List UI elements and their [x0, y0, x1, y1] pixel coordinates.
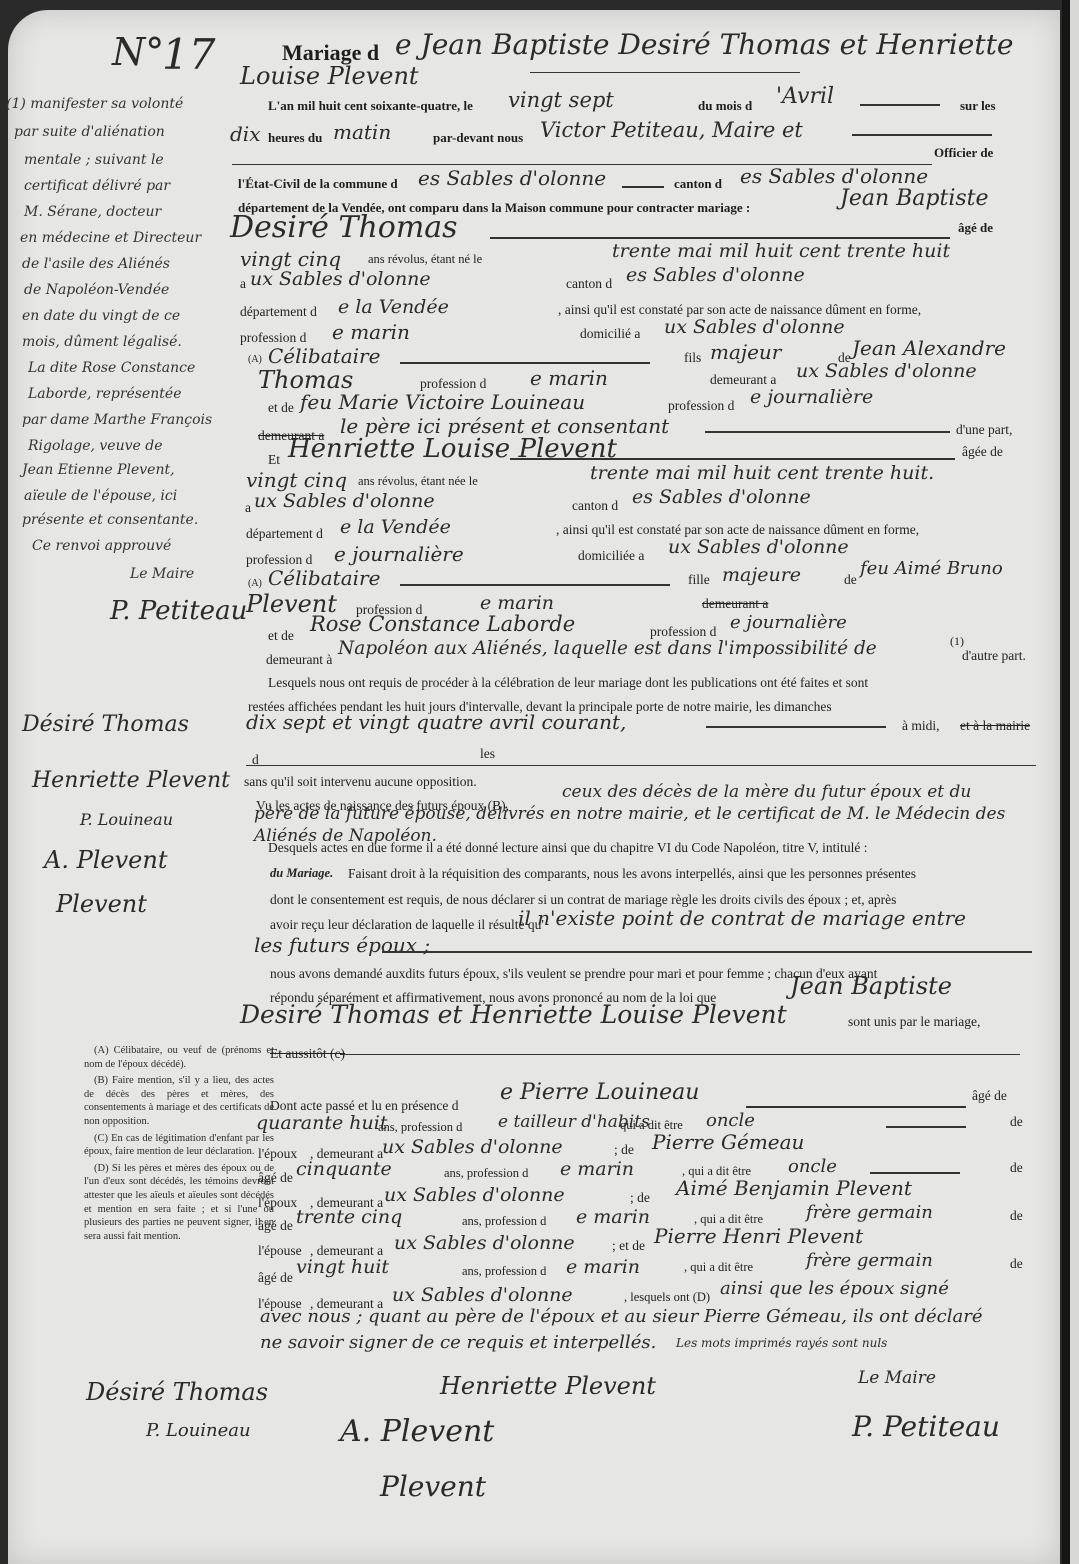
- printed-text: domicilié a: [580, 326, 640, 342]
- strike-line: [246, 765, 1036, 766]
- margin-note-line: M. Sérane, docteur: [24, 204, 161, 220]
- union-groom-first-names: Jean Baptiste: [790, 972, 952, 1000]
- margin-note-line: (1) manifester sa volonté: [6, 96, 183, 112]
- printed-text: et de: [268, 628, 294, 644]
- printed-text: de: [844, 572, 857, 588]
- printed-text: Lesquels nous ont requis de procéder à l…: [268, 675, 868, 691]
- title-names-line2: Louise Plevent: [240, 62, 419, 90]
- printed-text: canton d: [674, 176, 722, 192]
- blank-line: [400, 584, 670, 586]
- blank-line: [870, 1172, 960, 1174]
- printed-text: ; de: [630, 1190, 650, 1206]
- printed-text: Faisant droit à la réquisition des compa…: [348, 866, 916, 882]
- groom-mother-name: feu Marie Victoire Louineau: [300, 390, 585, 414]
- commune: es Sables d'olonne: [418, 166, 606, 190]
- signature-statement-cont: avec nous ; quant au père de l'époux et …: [260, 1306, 983, 1327]
- printed-text: ans révolus, étant né le: [368, 252, 482, 267]
- printed-text: âgé de: [958, 220, 993, 236]
- blank-line: [746, 1106, 966, 1108]
- printed-text: de: [1010, 1160, 1023, 1176]
- bride-age: vingt cinq: [246, 468, 347, 492]
- mayor-name: Victor Petiteau, Maire et: [540, 118, 803, 142]
- witness-2-name: Pierre Gémeau: [652, 1130, 804, 1154]
- signature-witness-plevent: Plevent: [56, 890, 147, 918]
- time-of-day: matin: [333, 120, 391, 144]
- record-number-label: N°: [112, 30, 164, 74]
- printed-text: , qui a dit être: [684, 1260, 753, 1275]
- documents-seen-cont: père de la future épouse, délivrés en no…: [254, 804, 1005, 824]
- groom-name: Desiré Thomas: [230, 210, 458, 245]
- printed-text: Officier de: [934, 145, 993, 161]
- bride-birth-department: e la Vendée: [340, 516, 451, 538]
- margin-note-line: certificat délivré par: [24, 178, 170, 194]
- margin-note-line: en date du vingt de ce: [22, 308, 180, 324]
- printed-text: Et: [268, 452, 280, 468]
- record-number: 17: [162, 30, 215, 79]
- printed-text: sur les: [960, 98, 996, 114]
- margin-note-line: en médecine et Directeur: [20, 230, 201, 246]
- witness-3-age: trente cinq: [296, 1206, 402, 1228]
- groom-profession: e marin: [332, 320, 410, 344]
- printed-text: canton d: [566, 276, 612, 292]
- margin-note-line: Laborde, représentée: [28, 386, 181, 402]
- groom-father-residence: ux Sables d'olonne: [796, 360, 977, 382]
- witness-3-profession: e marin: [576, 1206, 650, 1228]
- signature-groom: Désiré Thomas: [86, 1378, 268, 1406]
- bride-mother-residence: Napoléon aux Aliénés, laquelle est dans …: [338, 638, 877, 659]
- margin-note-line: présente et consentante.: [22, 512, 198, 528]
- printed-text: ans, profession d: [378, 1120, 462, 1135]
- printed-text: de: [1010, 1256, 1023, 1272]
- groom-father-first-names: Jean Alexandre: [852, 336, 1006, 360]
- bride-father-first-names: feu Aimé Bruno: [860, 558, 1003, 579]
- signature-witness-a-plevent: A. Plevent: [340, 1414, 494, 1449]
- groom-birth-canton: es Sables d'olonne: [626, 264, 805, 286]
- witness-3-residence: ux Sables d'olonne: [394, 1232, 575, 1254]
- groom-birth-date: trente mai mil huit cent trente huit: [612, 240, 950, 262]
- printed-text: ans, profession d: [444, 1166, 528, 1181]
- printed-text: département d: [246, 526, 323, 542]
- witness-3-name: Aimé Benjamin Plevent: [676, 1176, 912, 1200]
- signature-witness-louineau: P. Louineau: [80, 810, 173, 829]
- groom-mother-profession: e journalière: [750, 386, 873, 408]
- witness-4-age: vingt huit: [296, 1256, 389, 1278]
- printed-text: , lesquels ont (D): [624, 1290, 710, 1305]
- margin-note-line: de l'asile des Aliénés: [22, 256, 170, 272]
- blank-line: [510, 458, 955, 460]
- footnote-c: (C) En cas de légitimation d'enfant par …: [84, 1132, 274, 1159]
- printed-text: d'autre part.: [962, 648, 1026, 664]
- witness-4-profession: e marin: [566, 1256, 640, 1278]
- margin-note-line: Rigolage, veuve de: [28, 438, 162, 454]
- printed-text: et de: [268, 400, 294, 416]
- hour: dix: [230, 122, 260, 146]
- footnotes: (A) Célibataire, ou veuf de (prénoms et …: [84, 1044, 274, 1246]
- blank-line: [490, 237, 950, 239]
- printed-text: canton d: [572, 498, 618, 514]
- bride-mother-name: Rose Constance Laborde: [310, 612, 575, 636]
- margin-note-line: Jean Etienne Plevent,: [22, 462, 175, 478]
- bride-mother-profession: e journalière: [730, 612, 847, 633]
- groom-birth-department: e la Vendée: [338, 296, 449, 318]
- bride-marital-status: Célibataire: [268, 566, 380, 590]
- struck-words-note: Les mots imprimés rayés sont nuls: [676, 1336, 887, 1350]
- margin-note-line: par suite d'aliénation: [14, 124, 165, 140]
- mayor-label: Le Maire: [858, 1368, 936, 1388]
- blank-line: [852, 134, 992, 136]
- signature-statement: ainsi que les époux signé: [720, 1278, 949, 1299]
- blank-line: [860, 104, 940, 106]
- signature-witness-louineau: P. Louineau: [146, 1420, 251, 1441]
- printed-text: de: [1010, 1208, 1023, 1224]
- printed-text: âgé de: [258, 1270, 293, 1286]
- printed-text: département d: [240, 304, 317, 320]
- printed-text: demeurant à: [266, 652, 332, 668]
- bride-birthplace: ux Sables d'olonne: [254, 490, 435, 512]
- blank-line: [400, 362, 650, 364]
- canton: es Sables d'olonne: [740, 164, 928, 188]
- bride-profession: e journalière: [334, 542, 464, 566]
- witness-3-relation: frère germain: [806, 1202, 933, 1223]
- witness-4-name: Pierre Henri Plevent: [654, 1224, 863, 1248]
- printed-text: à midi,: [902, 718, 940, 734]
- printed-text: fille: [688, 572, 710, 588]
- bride-birth-date: trente mai mil huit cent trente huit.: [590, 462, 934, 484]
- margin-note-line: mois, dûment légalisé.: [22, 334, 182, 350]
- witness-1-relation: oncle: [706, 1110, 755, 1131]
- witness-2-residence: ux Sables d'olonne: [384, 1184, 565, 1206]
- union-names: Desiré Thomas et Henriette Louise Pleven…: [240, 1000, 787, 1029]
- next-page-edge: [1070, 0, 1079, 1564]
- margin-note-line: de Napoléon-Vendée: [24, 282, 169, 298]
- margin-note-line: La dite Rose Constance: [28, 360, 195, 376]
- witness-1-name: e Pierre Louineau: [500, 1080, 699, 1105]
- footnote-d: (D) Si les pères et mères des époux ou d…: [84, 1162, 274, 1244]
- blank-line: [340, 1054, 1020, 1055]
- margin-note-line: aïeule de l'épouse, ici: [24, 488, 177, 504]
- printed-text: âgée de: [962, 444, 1003, 460]
- mayor-signature: P. Petiteau: [852, 1410, 1000, 1443]
- witness-4-relation: frère germain: [806, 1250, 933, 1271]
- printed-text: par-devant nous: [433, 130, 523, 146]
- printed-text: ans, profession d: [462, 1264, 546, 1279]
- margin-mayor-signature: P. Petiteau: [110, 596, 247, 626]
- printed-text: a: [245, 500, 251, 516]
- witness-4-residence: ux Sables d'olonne: [392, 1284, 573, 1306]
- printed-text: d'une part,: [956, 422, 1012, 438]
- printed-text: L'an mil huit cent soixante-quatre, le: [268, 98, 473, 114]
- groom-father-profession: e marin: [530, 366, 608, 390]
- blank-line: [705, 431, 950, 433]
- struck-printed-text: et à la mairie: [960, 718, 1030, 734]
- blank-line: [382, 951, 1032, 953]
- printed-text: âgé de: [972, 1088, 1007, 1104]
- contract-declaration-end: les futurs époux ;: [254, 933, 430, 957]
- groom-majority: majeur: [710, 340, 781, 364]
- binding-edge: [1062, 0, 1070, 1564]
- struck-printed-text: les: [480, 746, 495, 762]
- bride-birth-canton: es Sables d'olonne: [632, 486, 811, 508]
- blank-line: [622, 186, 664, 188]
- date-day: vingt sept: [508, 88, 614, 112]
- publication-dates: dix sept et vingt quatre avril courant,: [246, 710, 626, 734]
- signature-bride: Henriette Plevent: [440, 1372, 656, 1400]
- printed-text: l'État-Civil de la commune d: [238, 176, 398, 192]
- date-month: 'Avril: [776, 84, 834, 109]
- signature-bride: Henriette Plevent: [32, 768, 230, 793]
- witness-1-age: quarante huit: [256, 1112, 387, 1134]
- signature-groom: Désiré Thomas: [22, 712, 189, 737]
- footnote-b: (B) Faire mention, s'il y a lieu, des ac…: [84, 1074, 274, 1128]
- blank-line: [886, 1126, 966, 1128]
- footnote-ref: (A): [248, 354, 262, 365]
- printed-text: sans qu'il soit intervenu aucune opposit…: [244, 774, 477, 790]
- printed-text: de: [1010, 1114, 1023, 1130]
- margin-note-ref: (1): [950, 634, 964, 649]
- printed-text: ; et de: [612, 1238, 645, 1254]
- documents-seen: ceux des décès de la mère du futur époux…: [562, 782, 971, 802]
- struck-printed-text: demeurant a: [542, 596, 768, 612]
- printed-text: ; de: [614, 1142, 634, 1158]
- witness-2-relation: oncle: [788, 1156, 837, 1177]
- witness-2-profession: e marin: [560, 1158, 634, 1180]
- margin-note-line: mentale ; suivant le: [24, 152, 164, 168]
- bride-domicile: ux Sables d'olonne: [668, 536, 849, 558]
- printed-text: sont unis par le mariage,: [848, 1014, 980, 1030]
- footnote-ref: (A): [248, 578, 262, 589]
- signature-witness-a-plevent: A. Plevent: [44, 846, 167, 874]
- groom-birthplace: ux Sables d'olonne: [250, 268, 431, 290]
- signature-statement-end: ne savoir signer de ce requis et interpe…: [260, 1332, 656, 1353]
- groom-first-names: Jean Baptiste: [840, 186, 989, 211]
- printed-text: fils: [684, 350, 701, 366]
- printed-text: profession d: [668, 398, 734, 414]
- struck-printed-text: d: [252, 752, 259, 768]
- title-names-line1: e Jean Baptiste Desiré Thomas et Henriet…: [395, 28, 1013, 61]
- groom-domicile: ux Sables d'olonne: [664, 316, 845, 338]
- printed-text: nous avons demandé auxdits futurs époux,…: [270, 966, 877, 982]
- groom-marital-status: Célibataire: [268, 344, 380, 368]
- printed-text: domiciliée a: [578, 548, 644, 564]
- margin-note-line: par dame Marthe François: [22, 412, 212, 428]
- title-ornament: [530, 72, 800, 73]
- printed-text: avoir reçu leur déclaration de laquelle …: [270, 917, 544, 933]
- printed-text: a: [240, 276, 246, 292]
- printed-text: ans révolus, étant née le: [358, 474, 478, 489]
- printed-text-italic: du Mariage.: [270, 866, 333, 881]
- bride-majority: majeure: [722, 564, 801, 586]
- printed-text: du mois d: [698, 98, 752, 114]
- signature-witness-plevent: Plevent: [380, 1470, 486, 1503]
- struck-printed-text: Et aussitôt (c): [270, 1046, 345, 1062]
- contract-declaration: il n'existe point de contrat de mariage …: [518, 906, 966, 930]
- blank-line: [706, 726, 886, 728]
- witness-2-age: cinquante: [296, 1158, 392, 1180]
- witness-1-residence: ux Sables d'olonne: [382, 1136, 563, 1158]
- margin-mayor-label: Le Maire: [130, 566, 194, 582]
- printed-text: heures du: [268, 130, 322, 146]
- printed-text: ans, profession d: [462, 1214, 546, 1229]
- margin-note-line: Ce renvoi approuvé: [32, 538, 171, 554]
- footnote-a: (A) Célibataire, ou veuf de (prénoms et …: [84, 1044, 274, 1071]
- printed-text: Desquels actes en due forme il a été don…: [268, 840, 867, 856]
